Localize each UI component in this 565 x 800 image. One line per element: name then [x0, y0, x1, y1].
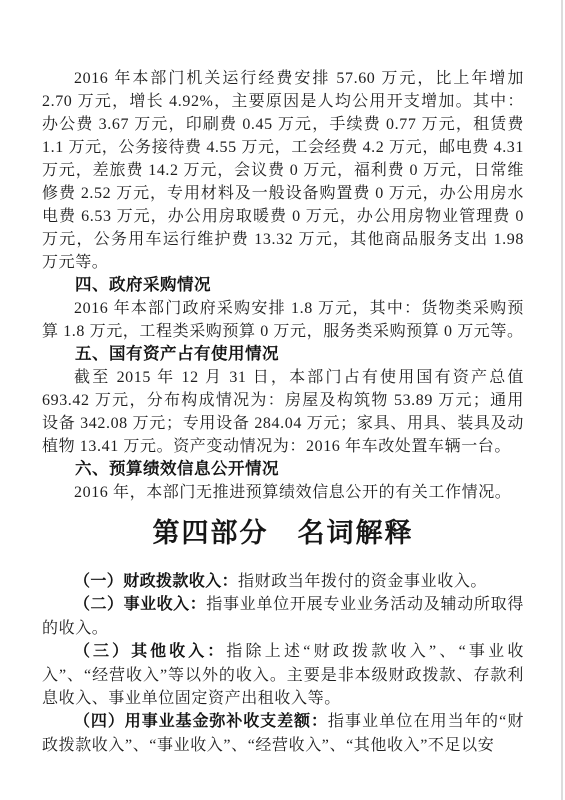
- definition-desc: 指财政当年拨付的资金事业收入。: [238, 573, 487, 590]
- section-heading-government-procurement: 四、政府采购情况: [42, 274, 524, 297]
- document-content: 2016 年本部门机关运行经费安排 57.60 万元，比上年增加 2.70 万元…: [42, 67, 524, 757]
- definition-term: （三）其他收入：: [74, 643, 226, 660]
- definition-term: （四）用事业基金弥补收支差额：: [74, 713, 328, 730]
- scan-edge-line: [561, 0, 563, 800]
- part-four-title: 第四部分 名词解释: [42, 516, 524, 550]
- paragraph-state-assets: 截至 2015 年 12 月 31 日，本部门占有使用国有资产总值 693.42…: [42, 366, 524, 458]
- definition-term: （二）事业收入：: [74, 596, 206, 613]
- paragraph-government-procurement: 2016 年本部门政府采购安排 1.8 万元，其中：货物类采购预算 1.8 万元…: [42, 297, 524, 343]
- definition-fiscal-appropriation-income: （一）财政拨款收入：指财政当年拨付的资金事业收入。: [42, 570, 524, 593]
- definition-business-income: （二）事业收入：指事业单位开展专业业务活动及辅动所取得的收入。: [42, 593, 524, 640]
- definition-fund-balance-subsidy: （四）用事业基金弥补收支差额：指事业单位在用当年的“财政拨款收入”、“事业收入”…: [42, 710, 524, 757]
- definition-term: （一）财政拨款收入：: [74, 573, 238, 590]
- section-heading-state-assets: 五、国有资产占有使用情况: [42, 343, 524, 366]
- document-page: 2016 年本部门机关运行经费安排 57.60 万元，比上年增加 2.70 万元…: [0, 0, 565, 800]
- section-heading-performance-disclosure: 六、预算绩效信息公开情况: [42, 458, 524, 481]
- paragraph-performance-disclosure: 2016 年，本部门无推进预算绩效信息公开的有关工作情况。: [42, 481, 524, 504]
- definition-other-income: （三）其他收入：指除上述“财政拨款收入”、“事业收入”、“经营收入”等以外的收入…: [42, 640, 524, 710]
- paragraph-operating-expenses: 2016 年本部门机关运行经费安排 57.60 万元，比上年增加 2.70 万元…: [42, 67, 524, 274]
